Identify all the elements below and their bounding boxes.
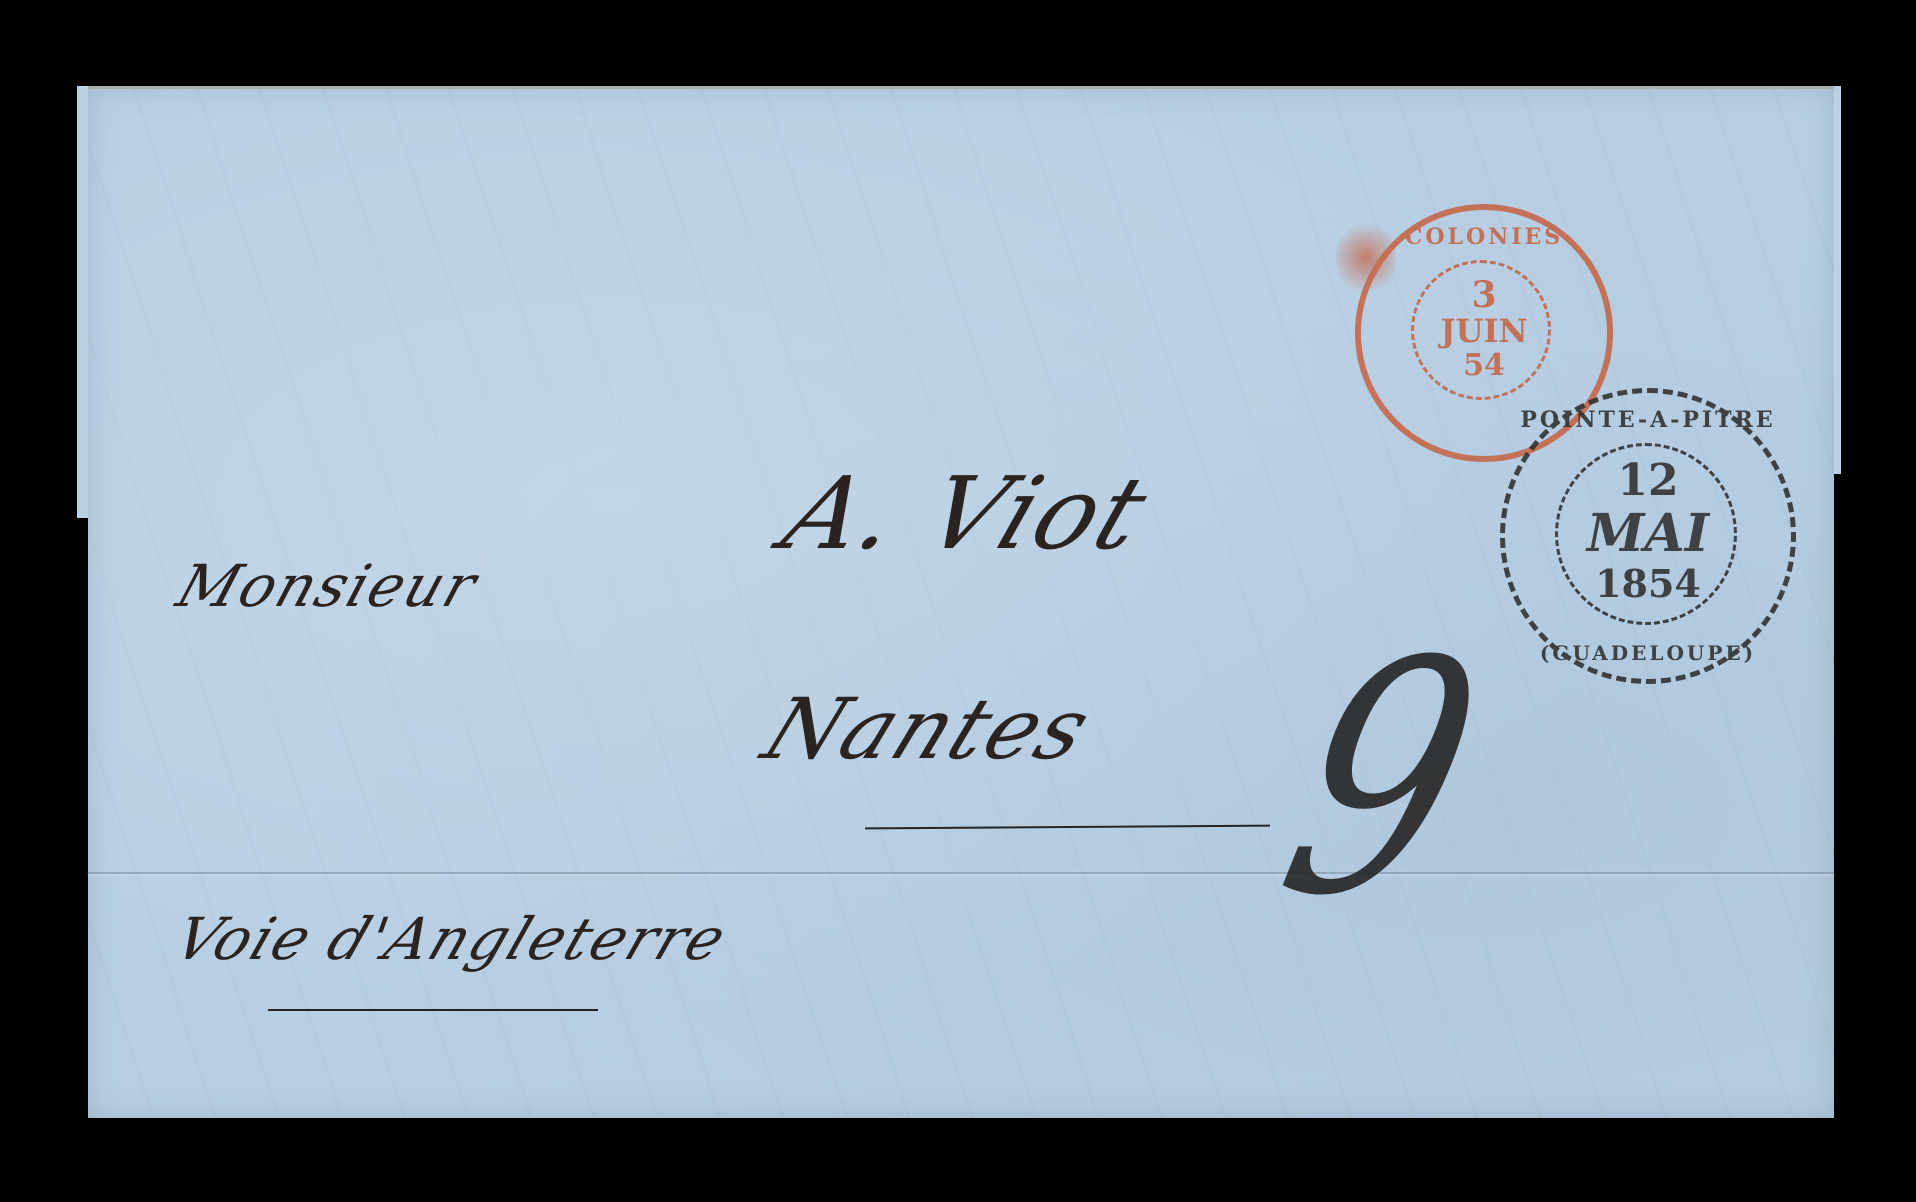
salutation-text: Monsieur — [169, 552, 486, 620]
postmark-year: 54 — [1361, 348, 1607, 383]
postmark-ring-bottom-text: (GUADELOUPE) — [1505, 641, 1791, 665]
route-instruction: Voie d'Angleterre — [166, 905, 737, 973]
fold-line — [88, 872, 1834, 874]
destination-city: Nantes — [750, 680, 1106, 778]
postmark-day: 3 — [1361, 274, 1607, 316]
postmark-month: MAI — [1505, 503, 1791, 564]
postmark-month: JUIN — [1361, 312, 1607, 350]
postmark-year: 1854 — [1505, 561, 1791, 606]
top-edge — [88, 86, 1834, 89]
addressee-name: A. Viot — [769, 455, 1164, 572]
postmark-ring-text: POINTE-A-PITRE — [1505, 407, 1791, 433]
black-origin-postmark: POINTE-A-PITRE 12 MAI 1854 (GUADELOUPE) — [1500, 388, 1796, 684]
route-underline — [268, 1009, 598, 1011]
postmark-ring-text: COLONIES — [1361, 224, 1607, 250]
postmark-day: 12 — [1505, 455, 1791, 506]
